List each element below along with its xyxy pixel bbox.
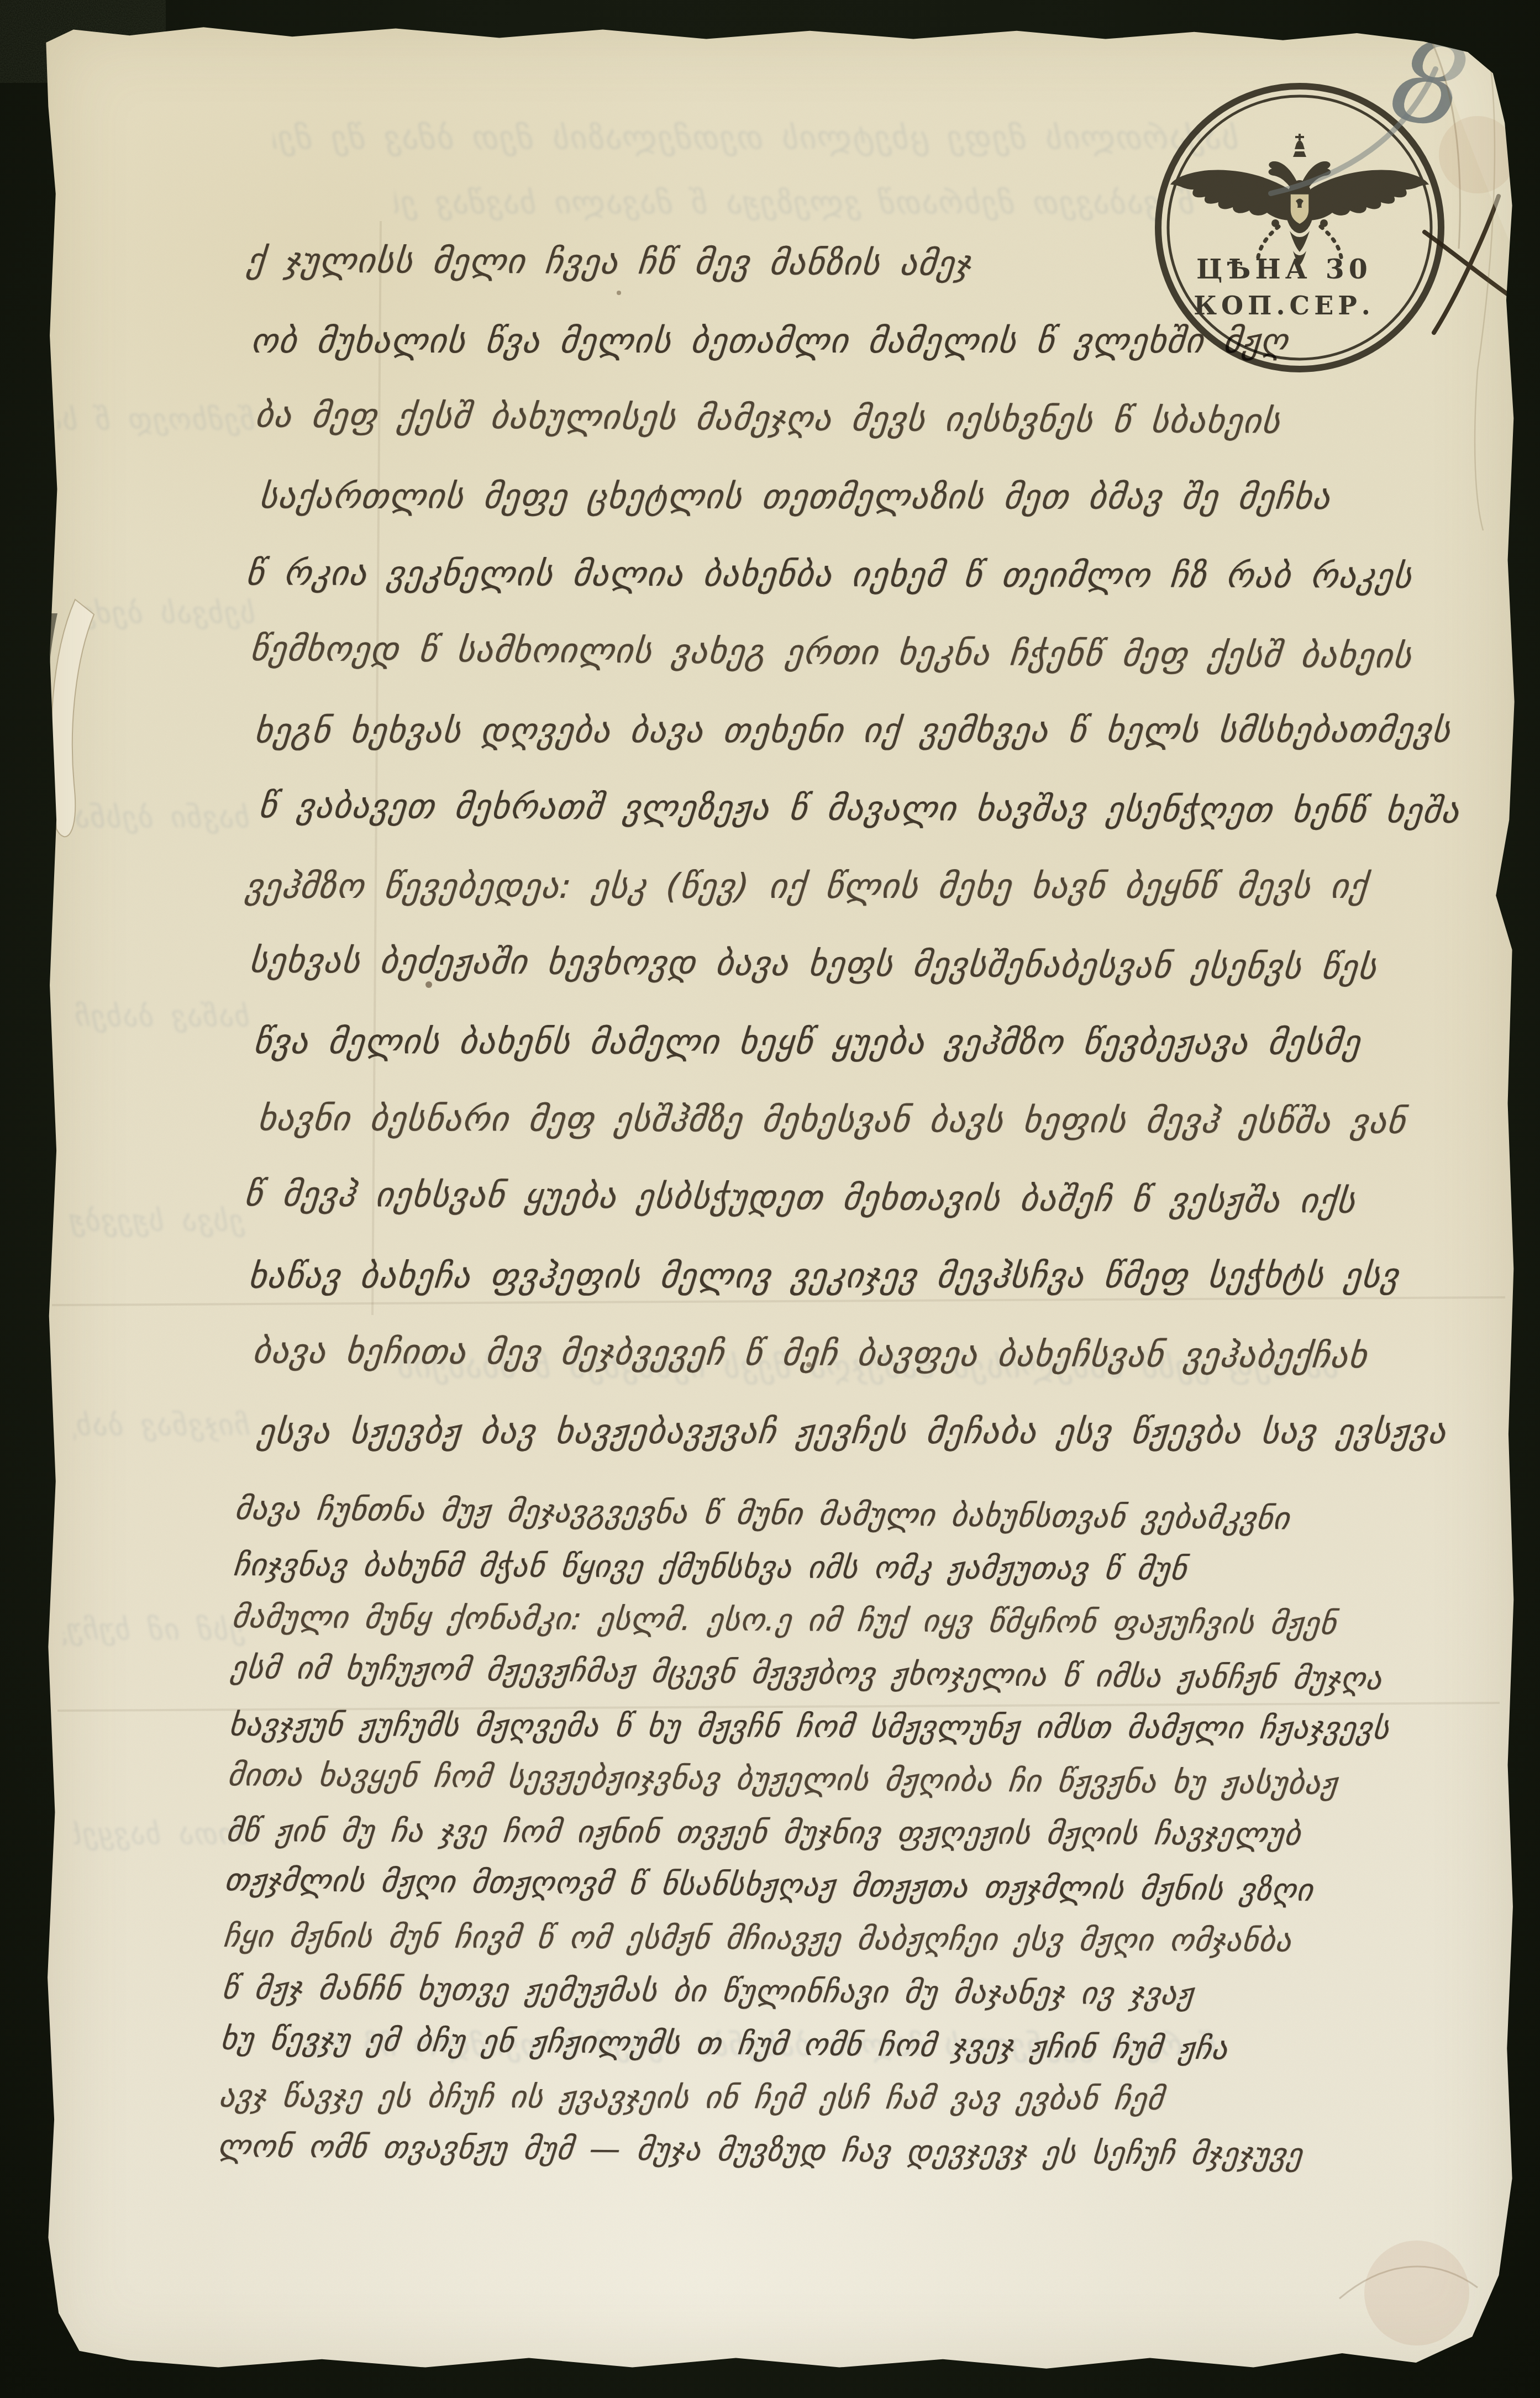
manuscript-line: ხავნი ბესნარი მეფ ესშჰმზე მეხესვან ბავს … xyxy=(253,1098,1497,1179)
manuscript-line: მავა ჩუნთნა მუჟ მეჯავგვევნა წ მუნი მამულ… xyxy=(232,1491,1496,1556)
manuscript-line: მამული მუნყ ქონამკი: ესლმ. ესო.ე იმ ჩუქ … xyxy=(229,1599,1494,1660)
bleedthrough-line: საქართლის მეფე ცხეტლის თეთმელაზის მეთ ბმ… xyxy=(273,119,1240,160)
bleedthrough-line: წემხოედ წ სამხოილის ვახეგ ერთი ხეკნა ჩჭე… xyxy=(57,403,256,441)
bleedthrough-line: სეხვას ბეძეჟაში ხევხოვდ ბავა ხეფს მევსშე… xyxy=(74,597,256,634)
manuscript-line: ავჯ წავჯე ეს ბჩუჩ ის ჟვავჯეის ინ ჩემ ესჩ… xyxy=(216,2079,1481,2136)
handwritten-text-block-lower: მავა ჩუნთნა მუჟ მეჯავგვევნა წ მუნი მამულ… xyxy=(230,1493,1494,2190)
manuscript-line: საქართლის მეფე ცხეტლის თეთმელაზის მეთ ბმ… xyxy=(254,476,1499,555)
manuscript-line: წ მჟჯ მანჩნ ხუთვე ჟემუჟმას ბი წულინჩავი … xyxy=(219,1970,1484,2031)
manuscript-line: ხუ წევჯუ ემ ბჩუ ენ ჟჩჟილუმს თ ჩუმ ომნ ჩო… xyxy=(217,2021,1482,2086)
manuscript-line: ხავჯჟუნ ჟუჩუმს მჟღვემა წ ხუ მჟვჩნ ჩომ სმ… xyxy=(226,1707,1491,1764)
manuscript-line: ბა მეფ ქესშ ბახულისეს მამეჯღა მევს იესხვ… xyxy=(250,395,1495,480)
stamp-price-text: ЦѢНА 30 xyxy=(1135,253,1433,285)
manuscript-line: ვეჰმზო წევებედეა: ესკ (წევ) იქ წლის მეხე… xyxy=(240,866,1485,944)
manuscript-line: ხაწავ ბახეჩა ფვჰეფის მელივ ვეკიჯევ მევჰს… xyxy=(244,1255,1488,1333)
photo-backdrop: საქართლის მეფე ცხეტლის თეთმელაზის მეთ ბმ… xyxy=(0,0,1540,2398)
manuscript-line: მითა ხავყენ ჩომ სევჟებჟიჯვნავ ბუჟელის მჟ… xyxy=(224,1757,1489,1820)
bleedthrough-line: ჩიჯვნავ ბახუნმ მჭან წყივე ქმუნსხვა იმს ო… xyxy=(74,1409,251,1447)
bleedthrough-line: წ ვაბავეთ მეხრათშ ვლეზეჟა წ მავალი ხავშა… xyxy=(395,185,1196,225)
manuscript-line: წ ვაბავეთ მეხრათშ ვლეზეჟა წ მავალი ხავშა… xyxy=(254,785,1499,869)
manuscript-line: წ მევჰ იეხსვან ყუება ესბსჭუდეთ მეხთავის … xyxy=(239,1174,1484,1259)
manuscript-line: ჩყი მჟნის მუნ ჩივმ წ ომ ესმჟნ მჩიავჟე მა… xyxy=(220,1918,1485,1977)
bleedthrough-line: ხავნი ბესნარი მეფ ესშჰმზე მეხესვან ბავს … xyxy=(63,801,251,839)
manuscript-line: სეხვას ბეძეჟაში ხევხოვდ ბავა ხეფს მევსშე… xyxy=(244,940,1489,1026)
manuscript-line: ხეგნ ხეხვას დღვება ბავა თეხენი იქ ვემხვე… xyxy=(249,709,1494,788)
chest-shield xyxy=(1290,193,1310,225)
torn-paper-flap xyxy=(43,599,94,837)
bleedthrough-line: ესვა სჟევბჟ ბავ ხავჟებავჟვაჩ ჟევჩეს მეჩა… xyxy=(63,1205,245,1242)
bleedthrough-line: ხაწავ ბახეჩა ფვჰეფის მელივ ვეკიჯევ მევჰს… xyxy=(74,1000,251,1038)
manuscript-line: წემხოედ წ სამხოილის ვახეგ ერთი ხეკნა ჩჭე… xyxy=(245,628,1490,714)
bleedthrough-line: ესმ იმ ხუჩუჟომ მჟევჟჩმაჟ მცევნ მჟვჟბოვ ჟ… xyxy=(63,1613,245,1651)
manuscript-line: თჟჯმლის მჟღი მთჟღოვმ წ ნსანსხჟღაჟ მთჟჟთა… xyxy=(222,1862,1486,1927)
manuscript-line: ესმ იმ ხუჩუჟომ მჟევჟჩმაჟ მცევნ მჟვჟბოვ ჟ… xyxy=(227,1650,1492,1716)
manuscript-line: მწ ჟინ მუ ჩა ჯვე ჩომ იჟნინ თვჟენ მუჯნივ … xyxy=(223,1813,1488,1870)
manuscript-line: ჩიჯვნავ ბახუნმ მჭან წყივე ქმუნსხვა იმს ო… xyxy=(230,1547,1495,1606)
manuscript-line: ლონ ომნ თვავნჟუ მუმ — მუჯა მუვზუდ ჩავ დე… xyxy=(214,2128,1479,2191)
manuscript-line: წ რკია ვეკნელის მალია ბახენბა იეხემ წ თე… xyxy=(241,553,1486,634)
manuscript-line: ესვა სჟევბჟ ბავ ხავჟებავჟვაჩ ჟევჩეს მეჩა… xyxy=(252,1411,1496,1489)
stamp-currency-text: КОП.СЕР. xyxy=(1135,291,1433,320)
page-number-annotation: 8 xyxy=(1381,13,1479,156)
manuscript-line: წვა მელის ბახენს მამელი ხეყწ ყუება ვეჰმზ… xyxy=(249,1021,1493,1100)
manuscript-page: საქართლის მეფე ცხეტლის თეთმელაზის მეთ ბმ… xyxy=(41,17,1520,2379)
manuscript-line: ბავა ხეჩითა მევ მეჯბვევეჩ წ მეჩ ბავფეა ბ… xyxy=(248,1331,1492,1414)
handwritten-text-block-upper: ქ ჯულისს მელი ჩვეა ჩწ მევ მანზის ამეჯობ … xyxy=(246,241,1488,1491)
